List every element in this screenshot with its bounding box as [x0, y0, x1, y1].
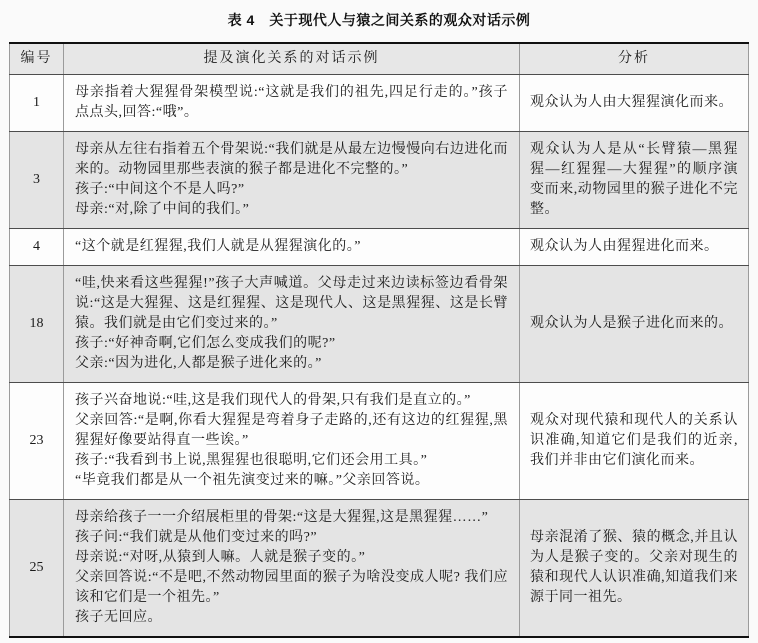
dialogue-paragraph: 母亲:“对,除了中间的我们。”: [75, 200, 508, 220]
table-row: 4“这个就是红猩猩,我们人就是从猩猩演化的。”观众认为人由猩猩进化而来。: [10, 229, 749, 266]
analysis-cell: 母亲混淆了猴、猿的概念,并且认为人是猴子变的。父亲对现生的猿和现代人认识准确,知…: [520, 500, 749, 638]
dialogue-cell: “哇,快来看这些猩猩!”孩子大声喊道。父母走过来边读标签边看骨架说:“这是大猩猩…: [64, 266, 520, 383]
document-page: 表 4 关于现代人与猿之间关系的观众对话示例 编号 提及演化关系的对话示例 分析…: [0, 0, 758, 643]
table-title: 表 4 关于现代人与猿之间关系的观众对话示例: [0, 10, 758, 30]
table-body: 1母亲指着大猩猩骨架模型说:“这就是我们的祖先,四足行走的。”孩子点点头,回答:…: [10, 75, 749, 638]
row-number: 25: [10, 500, 64, 638]
dialogue-paragraph: 孩子问:“我们就是从他们变过来的吗?”: [75, 528, 508, 548]
table-row: 18“哇,快来看这些猩猩!”孩子大声喊道。父母走过来边读标签边看骨架说:“这是大…: [10, 266, 749, 383]
table-row: 25母亲给孩子一一介绍展柜里的骨架:“这是大猩猩,这是黑猩猩……”孩子问:“我们…: [10, 500, 749, 638]
col-header-dialogue: 提及演化关系的对话示例: [64, 43, 520, 75]
dialogue-cell: “这个就是红猩猩,我们人就是从猩猩演化的。”: [64, 229, 520, 266]
dialogue-paragraph: 父亲回答说:“不是吧,不然动物园里面的猴子为啥没变成人呢? 我们应该和它们是一个…: [75, 568, 508, 608]
dialogue-cell: 孩子兴奋地说:“哇,这是我们现代人的骨架,只有我们是直立的。”父亲回答:“是啊,…: [64, 383, 520, 500]
col-header-number: 编号: [10, 43, 64, 75]
dialogue-paragraph: 父亲回答:“是啊,你看大猩猩是弯着身子走路的,还有这边的红猩猩,黑猩猩好像要站得…: [75, 411, 508, 451]
dialogue-cell: 母亲从左往右指着五个骨架说:“我们就是从最左边慢慢向右边进化而来的。动物园里那些…: [64, 132, 520, 229]
analysis-cell: 观众认为人由猩猩进化而来。: [520, 229, 749, 266]
analysis-cell: 观众对现代猿和现代人的关系认识准确,知道它们是我们的近亲,我们并非由它们演化而来…: [520, 383, 749, 500]
row-number: 18: [10, 266, 64, 383]
row-number: 3: [10, 132, 64, 229]
table-row: 1母亲指着大猩猩骨架模型说:“这就是我们的祖先,四足行走的。”孩子点点头,回答:…: [10, 75, 749, 132]
dialogue-paragraph: “毕竟我们都是从一个祖先演变过来的嘛。”父亲回答说。: [75, 471, 508, 491]
dialogue-paragraph: 孩子兴奋地说:“哇,这是我们现代人的骨架,只有我们是直立的。”: [75, 391, 508, 411]
dialogue-paragraph: 母亲从左往右指着五个骨架说:“我们就是从最左边慢慢向右边进化而来的。动物园里那些…: [75, 140, 508, 180]
dialogue-cell: 母亲给孩子一一介绍展柜里的骨架:“这是大猩猩,这是黑猩猩……”孩子问:“我们就是…: [64, 500, 520, 638]
row-number: 23: [10, 383, 64, 500]
dialogue-paragraph: “这个就是红猩猩,我们人就是从猩猩演化的。”: [75, 237, 508, 257]
analysis-cell: 观众认为人是猴子进化而来的。: [520, 266, 749, 383]
analysis-cell: 观众认为人由大猩猩演化而来。: [520, 75, 749, 132]
row-number: 1: [10, 75, 64, 132]
table-row: 23孩子兴奋地说:“哇,这是我们现代人的骨架,只有我们是直立的。”父亲回答:“是…: [10, 383, 749, 500]
header-row: 编号 提及演化关系的对话示例 分析: [10, 43, 749, 75]
dialogue-paragraph: 母亲给孩子一一介绍展柜里的骨架:“这是大猩猩,这是黑猩猩……”: [75, 508, 508, 528]
col-header-analysis: 分析: [520, 43, 749, 75]
row-number: 4: [10, 229, 64, 266]
table-header: 编号 提及演化关系的对话示例 分析: [10, 43, 749, 75]
dialogue-paragraph: 母亲指着大猩猩骨架模型说:“这就是我们的祖先,四足行走的。”孩子点点头,回答:“…: [75, 83, 508, 123]
dialogue-paragraph: “哇,快来看这些猩猩!”孩子大声喊道。父母走过来边读标签边看骨架说:“这是大猩猩…: [75, 274, 508, 334]
dialogue-paragraph: 孩子无回应。: [75, 608, 508, 628]
dialogue-paragraph: 父亲:“因为进化,人都是猴子进化来的。”: [75, 354, 508, 374]
dialogue-paragraph: 孩子:“中间这个不是人吗?”: [75, 180, 508, 200]
dialogue-paragraph: 母亲说:“对呀,从猿到人嘛。人就是猴子变的。”: [75, 548, 508, 568]
table-row: 3母亲从左往右指着五个骨架说:“我们就是从最左边慢慢向右边进化而来的。动物园里那…: [10, 132, 749, 229]
dialogue-paragraph: 孩子:“我看到书上说,黑猩猩也很聪明,它们还会用工具。”: [75, 451, 508, 471]
analysis-cell: 观众认为人是从“长臂猿—黑猩猩—红猩猩—大猩猩”的顺序演变而来,动物园里的猴子进…: [520, 132, 749, 229]
dialogue-cell: 母亲指着大猩猩骨架模型说:“这就是我们的祖先,四足行走的。”孩子点点头,回答:“…: [64, 75, 520, 132]
dialogue-table: 编号 提及演化关系的对话示例 分析 1母亲指着大猩猩骨架模型说:“这就是我们的祖…: [9, 42, 749, 638]
dialogue-paragraph: 孩子:“好神奇啊,它们怎么变成我们的呢?”: [75, 334, 508, 354]
